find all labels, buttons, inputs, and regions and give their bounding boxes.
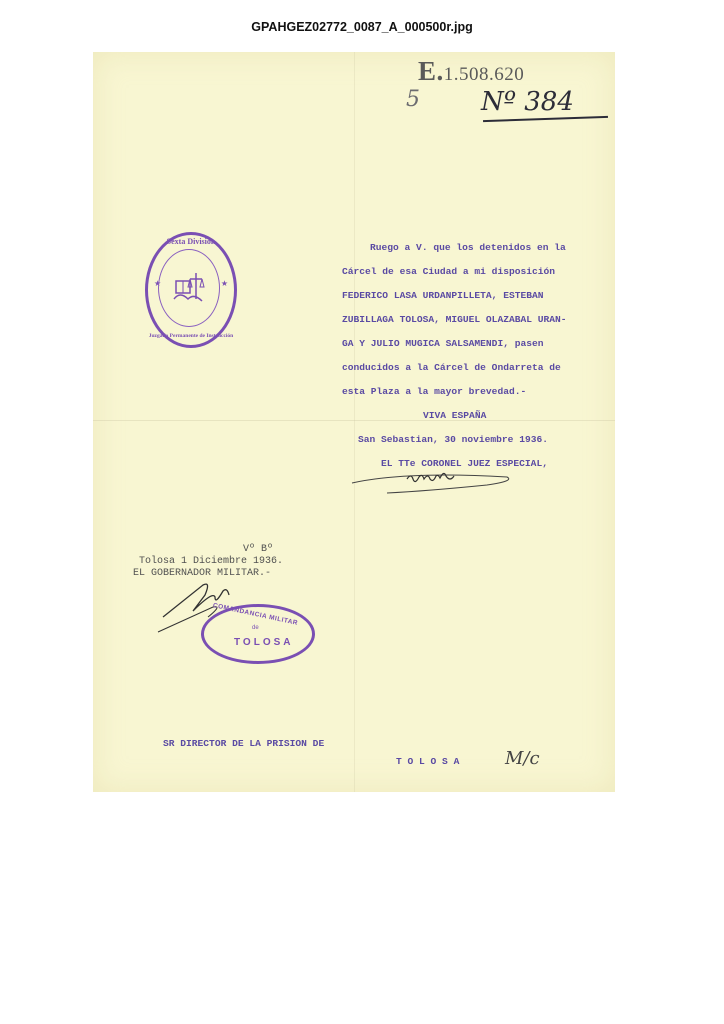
endorsement-place-date: Tolosa 1 Diciembre 1936. <box>139 556 283 567</box>
mil-seal-middle-text: de <box>252 625 259 631</box>
handwritten-page-number: 5 <box>406 87 420 112</box>
handwritten-note: M/c <box>505 748 540 769</box>
body-line: esta Plaza a la mayor brevedad.- <box>342 386 526 397</box>
salutation: VIVA ESPAÑA <box>423 410 486 421</box>
body-line: conducidos a la Cárcel de Ondarreta de <box>342 362 561 373</box>
addressee-line: SR DIRECTOR DE LA PRISION DE <box>163 738 324 749</box>
body-line: Ruego a V. que los detenidos en la <box>370 242 566 253</box>
body-line: ZUBILLAGA TOLOSA, MIGUEL OLAZABAL URAN- <box>342 314 567 325</box>
place-date: San Sebastian, 30 noviembre 1936. <box>358 434 548 445</box>
justice-emblem-icon <box>170 269 206 305</box>
seal-top-text: Sexta División <box>148 237 234 246</box>
court-seal: Sexta División ★ ★ Juzgado Permanente de… <box>145 232 237 348</box>
registry-stamp: E.1.508.620 <box>418 56 524 87</box>
reference-number: Nº 384 <box>481 87 574 117</box>
military-command-seal: COMANDANCIA MILITAR de TOLOSA <box>201 604 315 664</box>
mil-seal-top-text: COMANDANCIA MILITAR <box>212 602 298 627</box>
registry-stamp-prefix: E. <box>418 56 444 86</box>
fold-line-vertical <box>354 52 355 792</box>
registry-stamp-number: 1.508.620 <box>444 64 525 85</box>
document-page: E.1.508.620 5 Nº 384 Sexta División ★ ★ … <box>93 52 615 792</box>
body-line: GA Y JULIO MUGICA SALSAMENDI, pasen <box>342 338 544 349</box>
star-icon: ★ <box>221 279 228 288</box>
vobo: Vº Bº <box>243 544 273 555</box>
file-title: GPAHGEZ02772_0087_A_000500r.jpg <box>0 20 724 34</box>
seal-bottom-text: Juzgado Permanente de Instrucción <box>148 333 234 339</box>
addressee-city: T O L O S A <box>396 756 459 767</box>
mil-seal-bottom-text: TOLOSA <box>234 637 293 648</box>
body-line: FEDERICO LASA URDANPILLETA, ESTEBAN <box>342 290 544 301</box>
body-line: Cárcel de esa Ciudad a mi disposición <box>342 266 555 277</box>
signature-colonel <box>347 467 517 497</box>
